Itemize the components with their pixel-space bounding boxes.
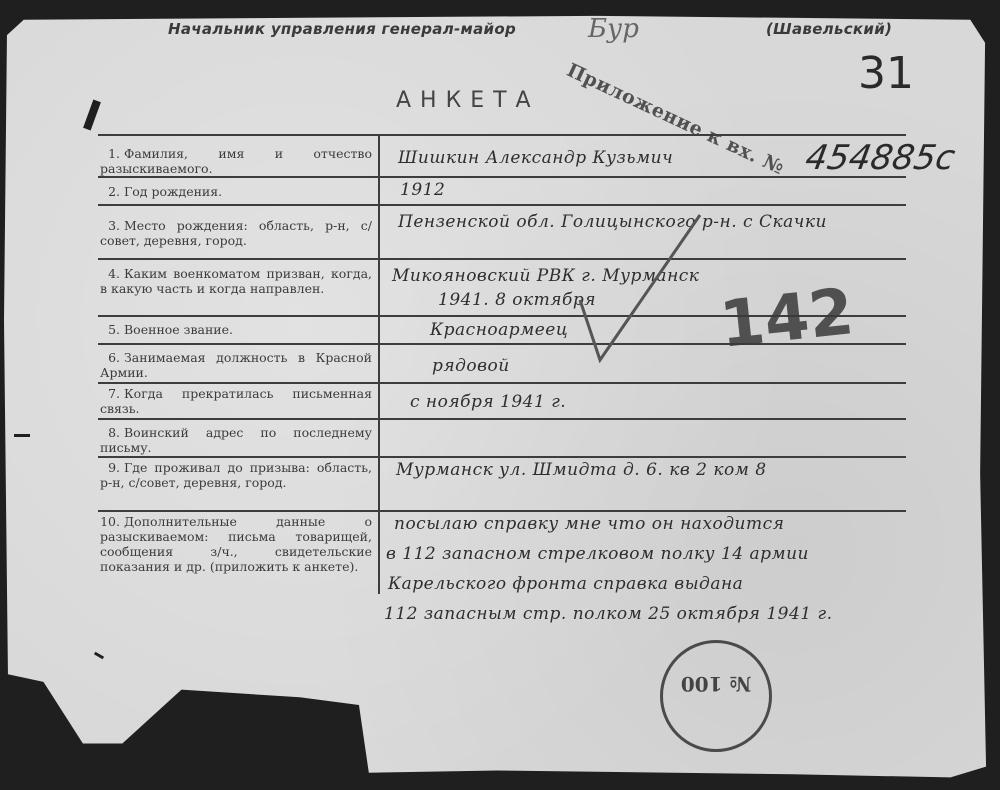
row-rule (98, 418, 906, 420)
question-8: 8.Воинский адрес по последнему письму. (100, 425, 372, 455)
header-name: (Шавельский) (766, 20, 892, 38)
header-position: Начальник управления генерал-майор (168, 20, 516, 38)
answer-10-line-2: в 112 запасном стрелковом полку 14 армии (386, 544, 809, 564)
answer-5: Красноармеец (430, 320, 568, 340)
corner (98, 134, 100, 136)
question-4: 4.Каким военкоматом призван, когда, в ка… (100, 266, 372, 296)
answer-2: 1912 (400, 180, 445, 200)
check-mark-icon (570, 210, 710, 370)
answer-7: с ноября 1941 г. (410, 392, 566, 412)
tear-mark (14, 434, 30, 437)
archive-number: 454885с (802, 138, 958, 178)
row-rule (98, 382, 906, 384)
answer-6: рядовой (432, 356, 510, 376)
round-stamp: № 100 (660, 640, 772, 752)
answer-10-line-4: 112 запасным стр. полком 25 октября 1941… (384, 604, 833, 624)
row-rule (98, 204, 906, 206)
signature: Бур (588, 14, 639, 44)
row-rule (98, 510, 906, 512)
pencil-mark: 142 (716, 275, 857, 363)
answer-10-line-3: Карельского фронта справка выдана (388, 574, 743, 594)
question-5: 5.Военное звание. (100, 322, 372, 337)
question-9: 9.Где проживал до призыва: область, р-н,… (100, 460, 372, 490)
row-rule (98, 258, 906, 260)
question-7: 7.Когда прекратилась письменная связь. (100, 386, 372, 416)
question-2: 2.Год рождения. (100, 184, 372, 199)
answer-9: Мурманск ул. Шмидта д. 6. кв 2 ком 8 (396, 460, 767, 480)
question-1: 1.Фамилия, имя и отчество разыскиваемого… (100, 146, 372, 176)
answer-10-line-1: посылаю справку мне что он находится (394, 514, 784, 534)
page-number: 31 (858, 48, 914, 99)
column-divider (378, 134, 380, 594)
question-6: 6.Занимаемая должность в Красной Армии. (100, 350, 372, 380)
question-10: 10.Дополнительные данные о разыскиваемом… (100, 514, 372, 574)
row-rule (98, 176, 906, 178)
question-3: 3.Место рождения: область, р-н, с/совет,… (100, 218, 372, 248)
row-rule (98, 456, 906, 458)
table-top-rule (98, 134, 906, 136)
answer-1: Шишкин Александр Кузьмич (398, 148, 673, 168)
document-title: АНКЕТА (396, 88, 540, 113)
